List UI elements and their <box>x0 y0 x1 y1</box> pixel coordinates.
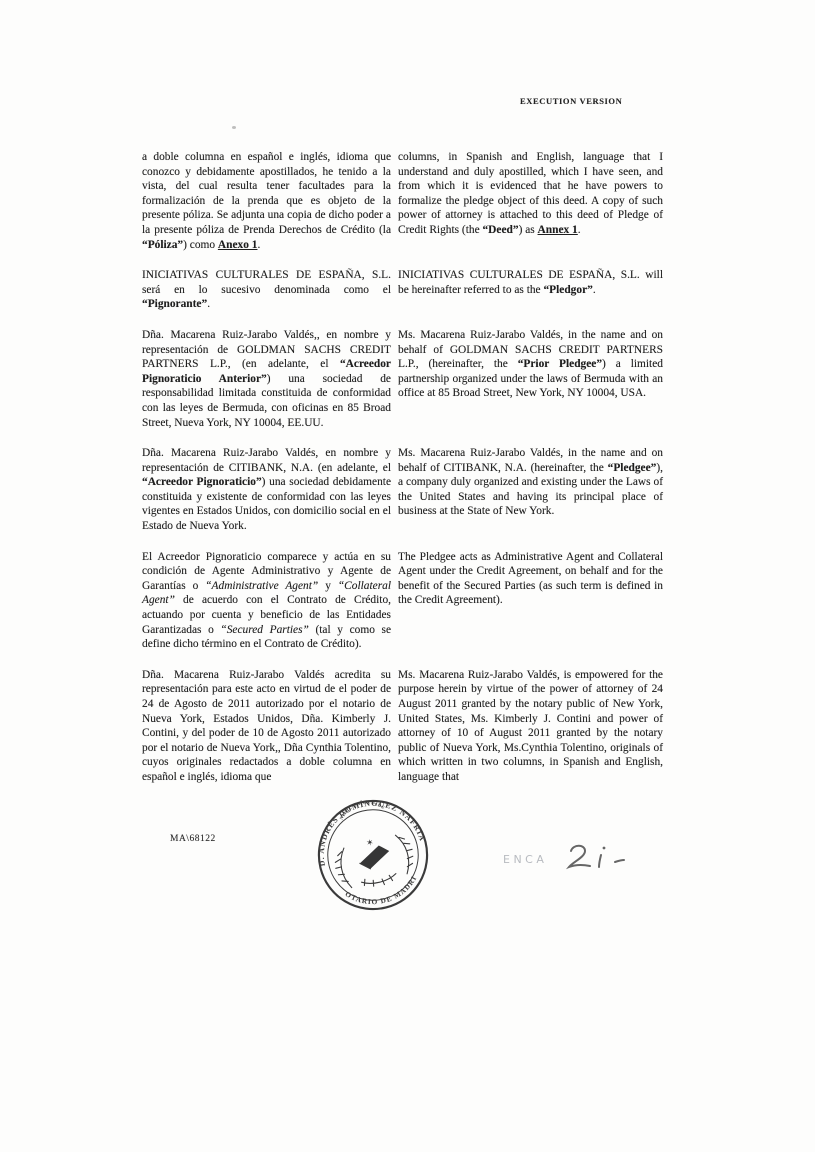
paragraph-en-2: INICIATIVAS CULTURALES DE ESPAÑA, S.L. w… <box>398 268 663 297</box>
handwritten-faint-stamp: ENCA <box>503 853 547 866</box>
paragraph-en-4: Ms. Macarena Ruiz-Jarabo Valdés, in the … <box>398 446 663 519</box>
handwritten-mark: ENCA <box>497 840 649 878</box>
paragraph-es-4: Dña. Macarena Ruiz-Jarabo Valdés, en nom… <box>142 446 391 534</box>
paragraph-en-3: Ms. Macarena Ruiz-Jarabo Valdés, in the … <box>398 328 663 401</box>
scan-speck <box>232 126 236 129</box>
paragraph-es-2: INICIATIVAS CULTURALES DE ESPAÑA, S.L. s… <box>142 268 391 312</box>
paragraph-es-6: Dña. Macarena Ruiz-Jarabo Valdés acredit… <box>142 668 391 785</box>
paragraph-en-1: columns, in Spanish and English, languag… <box>398 150 663 238</box>
scanned-document-page: EXECUTION VERSION a doble columna en esp… <box>0 0 815 1152</box>
paragraph-es-3: Dña. Macarena Ruiz-Jarabo Valdés,, en no… <box>142 328 391 430</box>
two-column-body: a doble columna en español e inglés, idi… <box>142 150 663 785</box>
paragraph-en-6: Ms. Macarena Ruiz-Jarabo Valdés, is empo… <box>398 668 663 785</box>
execution-version-label: EXECUTION VERSION <box>520 96 622 106</box>
seal-star-icon: ✶ <box>365 837 375 848</box>
notary-seal: D. ANDRÉS DOMÍNGUEZ NAFRIA · NOTARIO DE … <box>301 783 444 926</box>
reference-number: MA\68122 <box>170 834 216 844</box>
handwritten-digits <box>569 846 624 867</box>
paragraph-es-5: El Acreedor Pignoraticio comparece y act… <box>142 550 391 652</box>
paragraph-en-5: The Pledgee acts as Administrative Agent… <box>398 550 663 608</box>
paragraph-es-1: a doble columna en español e inglés, idi… <box>142 150 391 252</box>
